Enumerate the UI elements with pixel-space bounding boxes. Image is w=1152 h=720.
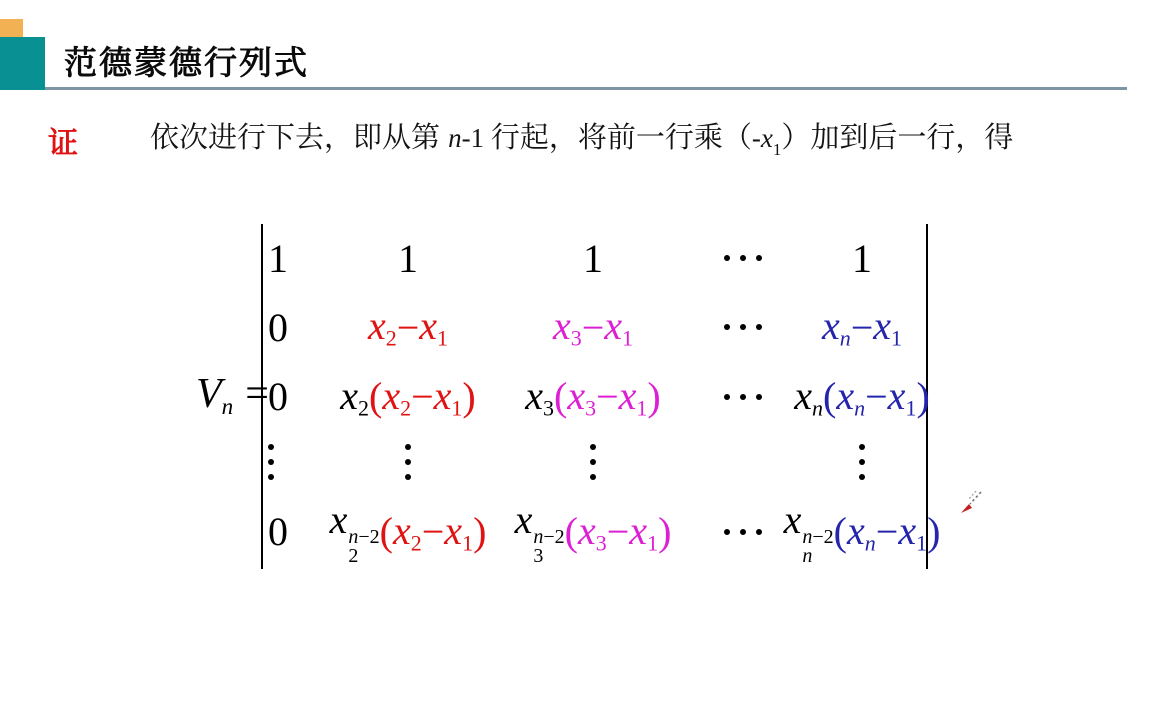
matrix-cell: 1 (263, 225, 318, 291)
matrix-grid: 11110x2−x1x3−x1xn−x10x2(x2−x1)x3(x3−x1)x… (263, 225, 926, 569)
math-token: x3 (567, 372, 596, 422)
matrix-cell (688, 363, 798, 430)
matrix-cell: 0 (263, 494, 318, 569)
proof-label: 证 (48, 118, 78, 162)
math-token: ( (554, 373, 567, 420)
math-token: 0 (268, 304, 288, 351)
math-token: 1 (268, 235, 288, 282)
math-token: ( (380, 508, 393, 555)
math-token: − (422, 508, 445, 555)
equation-lhs: Vn= (196, 370, 269, 420)
matrix-cell (688, 494, 798, 569)
math-token: x1 (434, 372, 463, 422)
math-token: ) (927, 508, 940, 555)
proof-text-segment: ）加到后一行，得 (781, 122, 1013, 154)
math-token: xn−2n (784, 496, 834, 566)
proof-text: 依次进行下去，即从第 n-1 行起，将前一行乘（-x1）加到后一行，得 (150, 115, 1013, 160)
proof-text-segment: - (752, 123, 761, 153)
matrix-cell (688, 430, 798, 494)
matrix-cell: x2−x1 (318, 291, 498, 363)
math-token: x1 (419, 302, 448, 352)
math-token: x1 (888, 372, 917, 422)
math-token: − (582, 304, 605, 351)
math-token: ( (369, 373, 382, 420)
proof-text-segment: 行起，将前一行乘（ (491, 122, 752, 154)
math-token: − (397, 304, 420, 351)
math-token: x3 (578, 507, 607, 557)
math-token: x1 (873, 302, 902, 352)
math-token: ( (565, 508, 578, 555)
matrix-cell: 1 (798, 225, 926, 291)
math-token: − (411, 373, 434, 420)
math-token: − (865, 373, 888, 420)
math-token: ) (647, 373, 660, 420)
proof-text-segment: 依次进行下去，即从第 (150, 122, 448, 154)
proof-text-segment: n (448, 123, 462, 153)
math-token: Vn (196, 370, 233, 420)
matrix-cell: x2(x2−x1) (318, 363, 498, 430)
math-token: 1 (583, 235, 603, 282)
math-token: x1 (604, 302, 633, 352)
math-token: x1 (619, 372, 648, 422)
math-token: x1 (444, 507, 473, 557)
math-token: − (607, 508, 630, 555)
math-token: ) (916, 373, 929, 420)
proof-text-segment: -1 (462, 123, 491, 153)
math-token: xn−23 (515, 496, 565, 566)
math-token: x3 (525, 372, 554, 422)
math-token: 1 (852, 235, 872, 282)
math-token: 0 (268, 373, 288, 420)
matrix-cell: 1 (498, 225, 688, 291)
matrix-cell: x3(x3−x1) (498, 363, 688, 430)
math-token: − (851, 304, 874, 351)
math-token: xn (836, 372, 865, 422)
vdots-symbol (268, 444, 274, 480)
cdots-symbol (722, 394, 764, 400)
math-token: xn−22 (330, 496, 380, 566)
title-underline (45, 87, 1127, 90)
math-token: ( (834, 508, 847, 555)
math-token: − (876, 508, 899, 555)
matrix-cell: 1 (318, 225, 498, 291)
math-token: x2 (382, 372, 411, 422)
vdots-symbol (590, 444, 596, 480)
matrix-cell: 0 (263, 291, 318, 363)
matrix-cell (798, 430, 926, 494)
matrix-cell (263, 430, 318, 494)
matrix-cell (318, 430, 498, 494)
math-token: ) (473, 508, 486, 555)
proof-text-segment: x (761, 123, 773, 153)
math-token: xn (794, 372, 823, 422)
math-token: − (596, 373, 619, 420)
vdots-symbol (405, 444, 411, 480)
matrix-cell: xn−2n(xn−x1) (798, 494, 926, 569)
math-token: x2 (393, 507, 422, 557)
matrix-cell: 0 (263, 363, 318, 430)
math-token: 1 (398, 235, 418, 282)
matrix-cell (688, 225, 798, 291)
slide: 范德蒙德行列式 证 依次进行下去，即从第 n-1 行起，将前一行乘（-x1）加到… (0, 0, 1152, 720)
math-token: xn (822, 302, 851, 352)
matrix-cell: xn−x1 (798, 291, 926, 363)
math-token: x2 (340, 372, 369, 422)
cdots-symbol (722, 255, 764, 261)
header-accent-teal (0, 37, 45, 90)
header-accent-orange (0, 19, 23, 37)
matrix-cell: xn(xn−x1) (798, 363, 926, 430)
math-token: x1 (629, 507, 658, 557)
cdots-symbol (722, 529, 764, 535)
math-token: x1 (898, 507, 927, 557)
vdots-symbol (859, 444, 865, 480)
matrix-cell: x3−x1 (498, 291, 688, 363)
pen-pointer-icon (959, 491, 983, 522)
math-token: x2 (368, 302, 397, 352)
matrix-cell (498, 430, 688, 494)
matrix-cell (688, 291, 798, 363)
math-token: ) (658, 508, 671, 555)
math-token: x3 (553, 302, 582, 352)
matrix-cell: xn−23(x3−x1) (498, 494, 688, 569)
math-token: ) (462, 373, 475, 420)
matrix-cell: xn−22(x2−x1) (318, 494, 498, 569)
math-token: ( (823, 373, 836, 420)
cdots-symbol (722, 324, 764, 330)
math-token: 0 (268, 508, 288, 555)
math-token: xn (847, 507, 876, 557)
page-title: 范德蒙德行列式 (64, 37, 309, 84)
